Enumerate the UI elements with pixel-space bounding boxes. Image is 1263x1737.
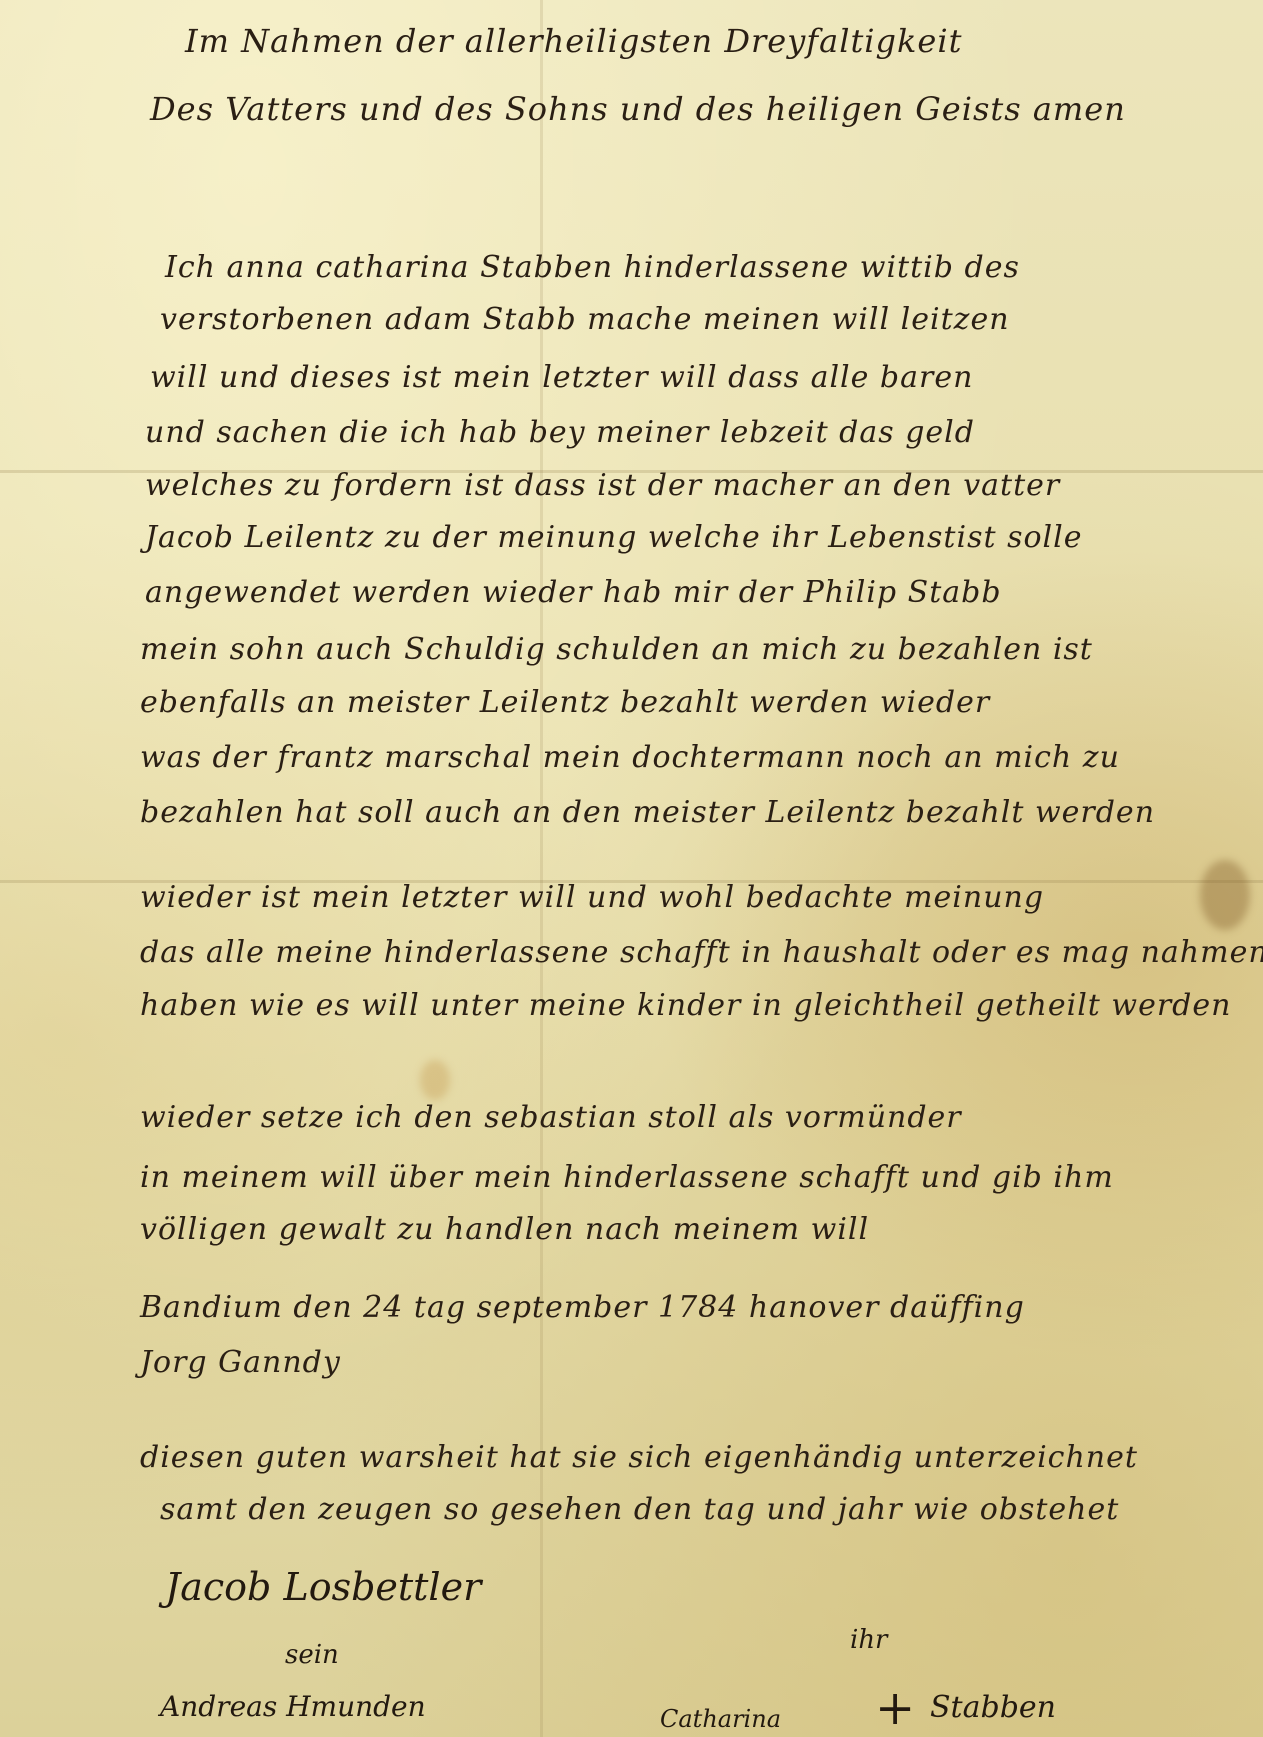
body-line: will und dieses ist mein letzter will da… <box>150 360 973 395</box>
heading-line-1: Im Nahmen der allerheiligsten Dreyfaltig… <box>185 22 962 60</box>
body-line: Jacob Leilentz zu der meinung welche ihr… <box>145 520 1082 555</box>
body-line: wieder ist mein letzter will und wohl be… <box>140 880 1044 915</box>
body-line: angewendet werden wieder hab mir der Phi… <box>145 575 1002 610</box>
body-line: das alle meine hinderlassene schafft in … <box>140 935 1263 970</box>
body-line: verstorbenen adam Stabb mache meinen wil… <box>160 302 1010 337</box>
witness-signature-2: Andreas Hmunden <box>160 1690 426 1723</box>
body-line: in meinem will über mein hinderlassene s… <box>140 1160 1114 1195</box>
body-line: bezahlen hat soll auch an den meister Le… <box>140 795 1155 830</box>
witness-signature-1: Jacob Losbettler <box>165 1565 481 1609</box>
testator-signature: Stabben <box>930 1690 1056 1725</box>
body-line: ebenfalls an meister Leilentz bezahlt we… <box>140 685 990 720</box>
dateline-name: Jorg Ganndy <box>140 1345 341 1380</box>
body-line: wieder setze ich den sebastian stoll als… <box>140 1100 962 1135</box>
body-line: mein sohn auch Schuldig schulden an mich… <box>140 632 1093 667</box>
witness-prefix: sein <box>285 1640 339 1670</box>
body-line: Ich anna catharina Stabben hinderlassene… <box>165 250 1020 285</box>
testator-prefix: ihr <box>850 1625 888 1655</box>
water-stain <box>420 1060 450 1100</box>
heading-line-2: Des Vatters und des Sohns und des heilig… <box>150 90 1126 128</box>
attestation-line: samt den zeugen so gesehen den tag und j… <box>160 1492 1119 1527</box>
ink-stain <box>1200 860 1250 930</box>
body-line: welches zu fordern ist dass ist der mach… <box>145 468 1060 503</box>
testator-first-name: Catharina <box>660 1705 781 1733</box>
document-page: Im Nahmen der allerheiligsten Dreyfaltig… <box>0 0 1263 1737</box>
body-line: was der frantz marschal mein dochtermann… <box>140 740 1120 775</box>
testator-cross-mark-icon: + <box>875 1680 915 1736</box>
body-line: völligen gewalt zu handlen nach meinem w… <box>140 1212 869 1247</box>
body-line: haben wie es will unter meine kinder in … <box>140 988 1231 1023</box>
dateline: Bandium den 24 tag september 1784 hanove… <box>140 1290 1025 1325</box>
body-line: und sachen die ich hab bey meiner lebzei… <box>145 415 975 450</box>
attestation-line: diesen guten warsheit hat sie sich eigen… <box>140 1440 1138 1475</box>
